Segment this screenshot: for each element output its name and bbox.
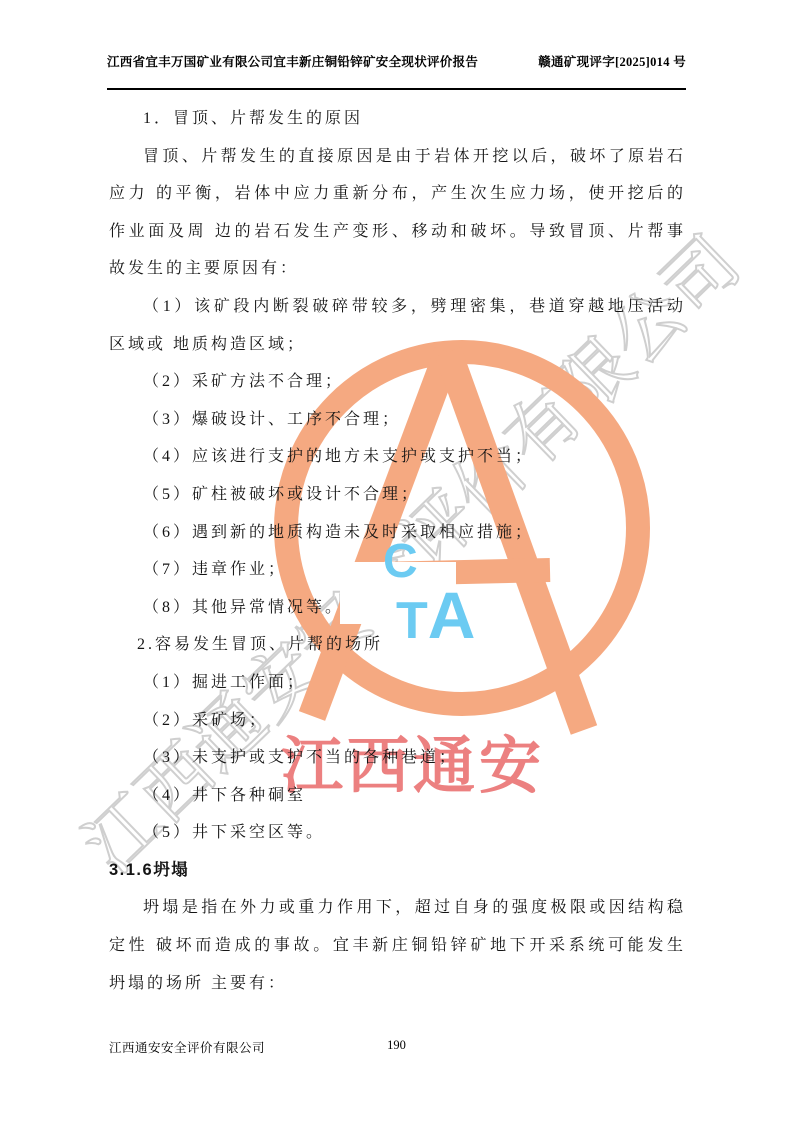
text-line: （5）矿柱被破坏或设计不合理； xyxy=(109,476,686,514)
text-line: 冒顶、片帮发生的直接原因是由于岩体开挖以后，破坏了原岩石 xyxy=(109,138,686,176)
text-line: 坍塌是指在外力或重力作用下，超过自身的强度极限或因结构稳 xyxy=(109,889,686,927)
text-line: （2）采矿方法不合理； xyxy=(109,363,686,401)
header-rule xyxy=(107,88,686,90)
text-line: （7）违章作业； xyxy=(109,551,686,589)
text-line: （8）其他异常情况等。 xyxy=(109,589,686,627)
text-line: 3.1.6坍塌 xyxy=(109,852,686,890)
text-line: 定性 破坏而造成的事故。宜丰新庄铜铅锌矿地下开采系统可能发生 xyxy=(109,927,686,965)
text-line: （6）遇到新的地质构造未及时采取相应措施； xyxy=(109,514,686,552)
text-line: 应力 的平衡，岩体中应力重新分布，产生次生应力场，使开挖后的 xyxy=(109,175,686,213)
text-line: 作业面及周 边的岩石发生产变形、移动和破坏。导致冒顶、片帮事 xyxy=(109,213,686,251)
header-document-number: 赣通矿现评字[2025]014 号 xyxy=(538,52,686,70)
text-line: （4）井下各种硐室 xyxy=(109,777,686,815)
text-line: （1）该矿段内断裂破碎带较多，劈理密集，巷道穿越地压活动 xyxy=(109,288,686,326)
document-page: 江西通安安全评价有限公司 C TA 江西通安 江西省宜丰万国矿业有限公司宜丰新庄… xyxy=(0,0,793,1122)
text-line: 区域或 地质构造区域； xyxy=(109,326,686,364)
text-line: （4）应该进行支护的地方未支护或支护不当； xyxy=(109,438,686,476)
text-line: （2）采矿场； xyxy=(109,702,686,740)
page-header: 江西省宜丰万国矿业有限公司宜丰新庄铜铅锌矿安全现状评价报告 赣通矿现评字[202… xyxy=(107,52,686,70)
text-line: 2.容易发生冒顶、片帮的场所 xyxy=(109,626,686,664)
text-line: （1）掘进工作面； xyxy=(109,664,686,702)
text-line: （3）未支护或支护不当的各种巷道； xyxy=(109,739,686,777)
text-line: （3）爆破设计、工序不合理； xyxy=(109,401,686,439)
text-line: 故发生的主要原因有： xyxy=(109,250,686,288)
text-line: 坍塌的场所 主要有： xyxy=(109,965,686,1003)
page-number: 190 xyxy=(0,1038,793,1053)
text-line: （5）井下采空区等。 xyxy=(109,814,686,852)
text-line: 1．冒顶、片帮发生的原因 xyxy=(109,100,686,138)
header-report-title: 江西省宜丰万国矿业有限公司宜丰新庄铜铅锌矿安全现状评价报告 xyxy=(107,52,478,70)
content-lines: 1．冒顶、片帮发生的原因冒顶、片帮发生的直接原因是由于岩体开挖以后，破坏了原岩石… xyxy=(109,100,686,1002)
